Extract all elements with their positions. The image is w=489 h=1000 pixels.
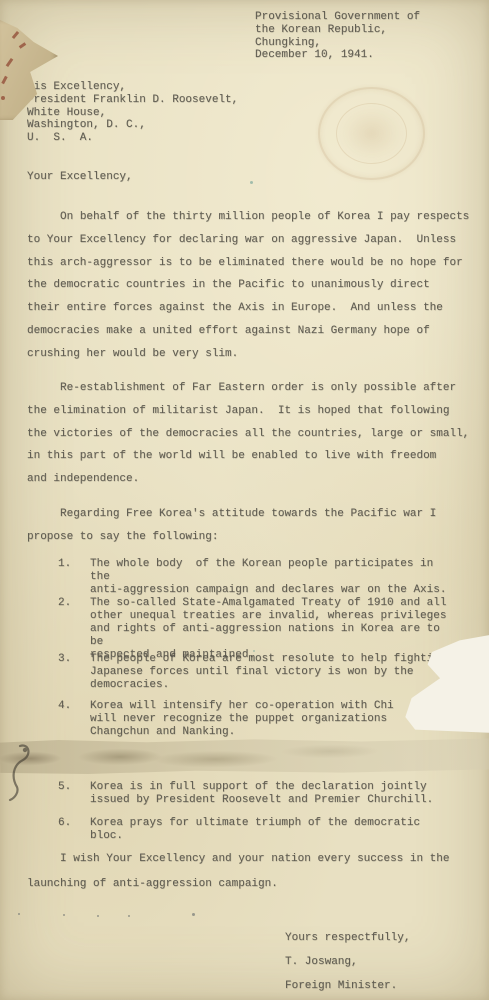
list-item-text: The whole body of the Korean people part…	[90, 558, 458, 597]
list-item-number: 3.	[58, 653, 90, 692]
paragraph-3: Regarding Free Korea's attitude towards …	[27, 503, 477, 549]
list-item-text: Korea is in full support of the declarat…	[90, 781, 433, 807]
paper-speck	[128, 915, 130, 917]
ink-smudge-mark	[2, 742, 42, 804]
salutation: Your Excellency,	[27, 170, 133, 184]
paper-speck	[192, 913, 195, 916]
recipient-block: His Excellency, President Franklin D. Ro…	[27, 81, 238, 145]
list-item-text: Korea will intensify her co-operation wi…	[90, 700, 394, 739]
list-item-text: The people of Korea are most resolute to…	[90, 653, 446, 692]
signature-block: Yours respectfully, T. Joswang, Foreign …	[285, 926, 410, 998]
paper-speck	[63, 914, 65, 916]
list-item-number: 6.	[58, 817, 90, 843]
tear-mark	[1, 96, 5, 100]
embossed-seal-stamp	[318, 87, 425, 180]
embossed-seal-inner-ring	[336, 103, 407, 164]
list-item-text: Korea prays for ultimate triumph of the …	[90, 817, 458, 843]
paragraph-1: On behalf of the thirty million people o…	[27, 206, 477, 366]
list-item-5: 5. Korea is in full support of the decla…	[58, 781, 458, 807]
list-item-number: 5.	[58, 781, 90, 807]
list-item-4: 4. Korea will intensify her co-operation…	[58, 700, 458, 739]
list-item-6: 6. Korea prays for ultimate triumph of t…	[58, 817, 458, 843]
list-item-1: 1. The whole body of the Korean people p…	[58, 558, 458, 597]
list-item-number: 4.	[58, 700, 90, 739]
paper-speck	[97, 915, 99, 917]
ink-speck	[253, 650, 255, 652]
paper-speck	[18, 913, 20, 915]
list-item-number: 1.	[58, 558, 90, 597]
closing-paragraph: I wish Your Excellency and your nation e…	[27, 847, 477, 896]
tape-residue-band	[0, 736, 489, 775]
letter-page: Provisional Government of the Korean Rep…	[0, 0, 489, 1000]
list-item-3: 3. The people of Korea are most resolute…	[58, 653, 458, 692]
ink-speck	[250, 181, 253, 184]
paragraph-2: Re-establishment of Far Eastern order is…	[27, 377, 477, 491]
sender-block: Provisional Government of the Korean Rep…	[255, 11, 420, 62]
